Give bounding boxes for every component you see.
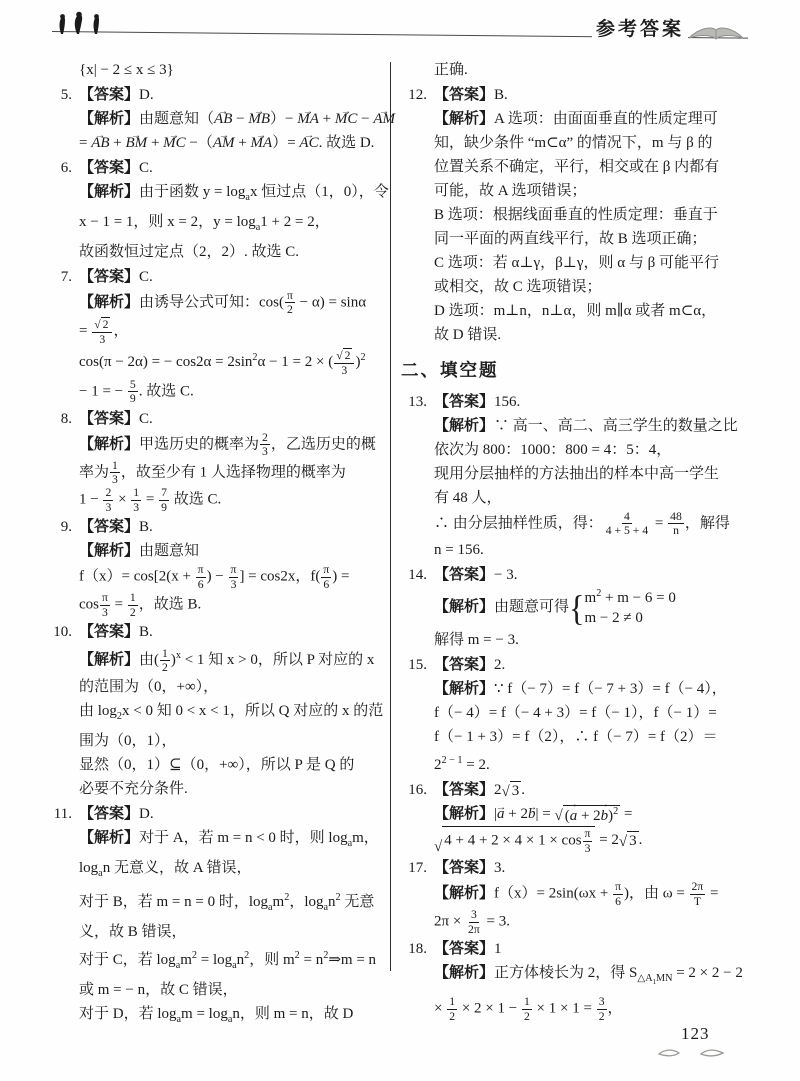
item-body: 【答案】− 3.【解析】由题意可得{m2 + m − 6 = 0m − 2 ≠ …: [434, 563, 772, 653]
solution-line: 【解析】f（x）= 2sin(ωx + π6)，由 ω = 2πT =: [434, 880, 772, 908]
solution-line: 位置关系不确定，平行，相交或在 β 内都有: [434, 155, 772, 179]
answer-line: 【答案】2√3.: [434, 778, 772, 802]
answer-line: 【答案】D.: [79, 802, 382, 826]
item-number: 8.: [46, 407, 72, 431]
answer-item: 5.【答案】D.【解析】由题意知（AB − MB）− MA + MC − AM=…: [46, 83, 382, 155]
answer-line: 【答案】C.: [79, 407, 382, 431]
answer-line: 【答案】1: [434, 937, 772, 961]
answer-item: 14.【答案】− 3.【解析】由题意可得{m2 + m − 6 = 0m − 2…: [401, 563, 772, 653]
solution-line: 【解析】由题意知（AB − MB）− MA + MC − AM: [79, 107, 382, 131]
item-number: 11.: [46, 802, 72, 826]
solution-line: 【解析】由题意知: [79, 539, 382, 563]
page-number: 123: [681, 1024, 710, 1044]
solution-line: 可能，故 A 选项错误；: [434, 179, 772, 203]
solution-line: 或 m = − n，故 C 错误，: [79, 978, 382, 1002]
solution-line: 1 − 23 × 13 = 79 故选 C.: [79, 486, 382, 514]
solution-line: √4 + 4 + 2 × 4 × 1 × cosπ3 = 2√3.: [434, 826, 772, 855]
item-number: 13.: [401, 390, 427, 414]
item-body: 【答案】D.【解析】由题意知（AB − MB）− MA + MC − AM= A…: [79, 83, 382, 155]
solution-line: 义，故 B 错误，: [79, 920, 382, 944]
page-title: 参考答案: [592, 14, 688, 41]
item-body: 【答案】3.【解析】f（x）= 2sin(ωx + π6)，由 ω = 2πT …: [434, 856, 772, 936]
item-number: 6.: [46, 156, 72, 180]
item-body: 【答案】C.【解析】由诱导公式可知：cos(π2 − α) = sinα= √2…: [79, 265, 382, 406]
answer-item: 17.【答案】3.【解析】f（x）= 2sin(ωx + π6)，由 ω = 2…: [401, 856, 772, 936]
item-number: 5.: [46, 83, 72, 107]
solution-line: 【解析】甲选历史的概率为23，乙选历史的概: [79, 431, 382, 459]
item-body: 【答案】2√3.【解析】|a + 2b| = √(a + 2b)2 =√4 + …: [434, 778, 772, 855]
solution-line: × 12 × 2 × 1 − 12 × 1 × 1 = 32，: [434, 995, 772, 1023]
solution-line: D 选项：m⊥n，n⊥α，则 m∥α 或者 m⊂α，: [434, 299, 772, 323]
solution-line: − 1 = − 59. 故选 C.: [79, 378, 382, 406]
solution-line: 围为（0，1），: [79, 729, 382, 753]
solution-line: 率为13，故至少有 1 人选择物理的概率为: [79, 459, 382, 487]
section-heading: 二、填空题: [401, 357, 772, 382]
answer-line: 【答案】− 3.: [434, 563, 772, 587]
item-body: 【答案】C.【解析】甲选历史的概率为23，乙选历史的概率为13，故至少有 1 人…: [79, 407, 382, 515]
answer-line: 【答案】B.: [79, 515, 382, 539]
answer-line: 【答案】C.: [79, 265, 382, 289]
item-number: 14.: [401, 563, 427, 587]
answer-item: 16.【答案】2√3.【解析】|a + 2b| = √(a + 2b)2 =√4…: [401, 778, 772, 855]
solution-line: B 选项：根据线面垂直的性质定理：垂直于: [434, 203, 772, 227]
answer-line: 【答案】B.: [79, 620, 382, 644]
answer-item: 6.【答案】C.【解析】由于函数 y = logax 恒过点（1，0），令x −…: [46, 156, 382, 264]
item-body: 【答案】B.【解析】由(12)x < 1 知 x > 0，所以 P 对应的 x的…: [79, 620, 382, 801]
solution-line: 【解析】∵ f（− 7）= f（− 7 + 3）= f（− 4），: [434, 677, 772, 701]
answer-item: 15.【答案】2.【解析】∵ f（− 7）= f（− 7 + 3）= f（− 4…: [401, 653, 772, 777]
item-body: 【答案】D.【解析】对于 A，若 m = n < 0 时，则 logam，log…: [79, 802, 382, 1032]
solution-line: 必要不充分条件.: [79, 777, 382, 801]
solution-line: 或相交，故 C 选项错误；: [434, 275, 772, 299]
item-number: 10.: [46, 620, 72, 644]
item-number: 9.: [46, 515, 72, 539]
answer-line: 【答案】2.: [434, 653, 772, 677]
solution-line: 故 D 错误.: [434, 323, 772, 347]
item-body: 【答案】156.【解析】∵ 高一、高二、高三学生的数量之比依次为 800：100…: [434, 390, 772, 562]
solution-line: 【解析】由题意可得{m2 + m − 6 = 0m − 2 ≠ 0: [434, 587, 772, 629]
column-divider: [390, 62, 391, 971]
solution-line: 【解析】由于函数 y = logax 恒过点（1，0），令: [79, 180, 382, 210]
solution-line: {x| − 2 ≤ x ≤ 3}: [79, 58, 382, 82]
solution-line: 的范围为（0，+∞），: [79, 675, 382, 699]
open-book-icon: [687, 18, 745, 49]
solution-line: cos(π − 2α) = − cos2α = 2sin2α − 1 = 2 ×…: [79, 346, 382, 377]
answer-item: 13.【答案】156.【解析】∵ 高一、高二、高三学生的数量之比依次为 800：…: [401, 390, 772, 562]
right-column: 正确.12.【答案】B.【解析】A 选项：由面面垂直的性质定理可知，缺少条件 “…: [401, 58, 772, 1041]
birds-on-wire-icon: [55, 10, 111, 45]
answer-item: 8.【答案】C.【解析】甲选历史的概率为23，乙选历史的概率为13，故至少有 1…: [46, 407, 382, 515]
solution-line: = AB + BM + MC −（AM + MA）= AC. 故选 D.: [79, 131, 382, 155]
solution-line: 有 48 人，: [434, 486, 772, 510]
solution-line: 对于 C，若 logam2 = logan2，则 m2 = n2⇒m = n: [79, 944, 382, 978]
solution-line: 同一平面的两直线平行，故 B 选项正确；: [434, 227, 772, 251]
solution-line: 依次为 800：1000：800 = 4：5：4，: [434, 438, 772, 462]
solution-line: 由 log2x < 0 知 0 < x < 1，所以 Q 对应的 x 的范: [79, 699, 382, 729]
answer-line: 【答案】D.: [79, 83, 382, 107]
solution-line: 故函数恒过定点（2，2）. 故选 C.: [79, 240, 382, 264]
content-columns: {x| − 2 ≤ x ≤ 3}5.【答案】D.【解析】由题意知（AB − MB…: [46, 58, 772, 1041]
solution-line: ∴ 由分层抽样性质，得：44 + 5 + 4 = 48n，解得: [434, 510, 772, 538]
solution-line: 知，缺少条件 “m⊂α” 的情况下，m 与 β 的: [434, 131, 772, 155]
solution-line: 【解析】|a + 2b| = √(a + 2b)2 =: [434, 802, 772, 826]
scanned-answer-page: 参考答案 {x| − 2 ≤ x ≤ 3}5.【答案】D.【解析】由题意知（AB…: [0, 0, 800, 1081]
item-number: 16.: [401, 778, 427, 802]
solution-line: f（− 4）= f（− 4 + 3）= f（− 1），f（− 1）=: [434, 701, 772, 725]
item-body: 【答案】B.【解析】A 选项：由面面垂直的性质定理可知，缺少条件 “m⊂α” 的…: [434, 83, 772, 347]
answer-item: 12.【答案】B.【解析】A 选项：由面面垂直的性质定理可知，缺少条件 “m⊂α…: [401, 83, 772, 347]
answer-line: 【答案】3.: [434, 856, 772, 880]
footer-flourish-icon: [655, 1046, 733, 1065]
solution-line: 显然（0，1）⊆（0，+∞），所以 P 是 Q 的: [79, 753, 382, 777]
solution-line: C 选项：若 α⊥γ，β⊥γ，则 α 与 β 可能平行: [434, 251, 772, 275]
item-number: 7.: [46, 265, 72, 289]
answer-line: 【答案】B.: [434, 83, 772, 107]
solution-line: f（x）= cos[2(x + π6) − π3] = cos2x，f(π6) …: [79, 563, 382, 591]
item-body: 【答案】C.【解析】由于函数 y = logax 恒过点（1，0），令x − 1…: [79, 156, 382, 264]
solution-line: 【解析】由(12)x < 1 知 x > 0，所以 P 对应的 x: [79, 644, 382, 675]
left-column: {x| − 2 ≤ x ≤ 3}5.【答案】D.【解析】由题意知（AB − MB…: [46, 58, 382, 1041]
item-number: 12.: [401, 83, 427, 107]
continued-text: {x| − 2 ≤ x ≤ 3}: [46, 58, 382, 82]
solution-line: 解得 m = − 3.: [434, 628, 772, 652]
continued-text: 正确.: [401, 58, 772, 82]
solution-line: cosπ3 = 12，故选 B.: [79, 591, 382, 619]
solution-line: logan 无意义，故 A 错误，: [79, 856, 382, 886]
solution-line: 2π × 32π = 3.: [434, 908, 772, 936]
item-number: 18.: [401, 937, 427, 961]
solution-line: 对于 D，若 logam = logan，则 m = n，故 D: [79, 1002, 382, 1032]
answer-item: 11.【答案】D.【解析】对于 A，若 m = n < 0 时，则 logam，…: [46, 802, 382, 1032]
solution-line: 正确.: [434, 58, 772, 82]
solution-line: 【解析】A 选项：由面面垂直的性质定理可: [434, 107, 772, 131]
solution-line: f（− 1 + 3）= f（2），∴ f（− 7）= f（2）＝: [434, 725, 772, 749]
solution-line: 现用分层抽样的方法抽出的样本中高一学生: [434, 462, 772, 486]
answer-line: 【答案】156.: [434, 390, 772, 414]
solution-line: n = 156.: [434, 538, 772, 562]
solution-line: 【解析】由诱导公式可知：cos(π2 − α) = sinα: [79, 289, 382, 317]
answer-item: 18.【答案】1【解析】正方体棱长为 2，得 S△A1MN = 2 × 2 − …: [401, 937, 772, 1023]
solution-line: x − 1 = 1，则 x = 2，y = loga1 + 2 = 2，: [79, 210, 382, 240]
item-body: 【答案】B.【解析】由题意知f（x）= cos[2(x + π6) − π3] …: [79, 515, 382, 619]
answer-line: 【答案】C.: [79, 156, 382, 180]
solution-line: 【解析】∵ 高一、高二、高三学生的数量之比: [434, 414, 772, 438]
solution-line: 【解析】对于 A，若 m = n < 0 时，则 logam，: [79, 826, 382, 856]
item-body: 【答案】1【解析】正方体棱长为 2，得 S△A1MN = 2 × 2 − 2× …: [434, 937, 772, 1023]
solution-line: 对于 B，若 m = n = 0 时，logam2，logan2 无意: [79, 886, 382, 920]
answer-item: 7.【答案】C.【解析】由诱导公式可知：cos(π2 − α) = sinα= …: [46, 265, 382, 406]
item-body: 【答案】2.【解析】∵ f（− 7）= f（− 7 + 3）= f（− 4），f…: [434, 653, 772, 777]
item-number: 17.: [401, 856, 427, 880]
item-number: 15.: [401, 653, 427, 677]
answer-item: 9.【答案】B.【解析】由题意知f（x）= cos[2(x + π6) − π3…: [46, 515, 382, 619]
solution-line: 22 − 1 = 2.: [434, 749, 772, 777]
answer-item: 10.【答案】B.【解析】由(12)x < 1 知 x > 0，所以 P 对应的…: [46, 620, 382, 801]
solution-line: 【解析】正方体棱长为 2，得 S△A1MN = 2 × 2 − 2: [434, 961, 772, 995]
solution-line: = √23，: [79, 317, 382, 346]
